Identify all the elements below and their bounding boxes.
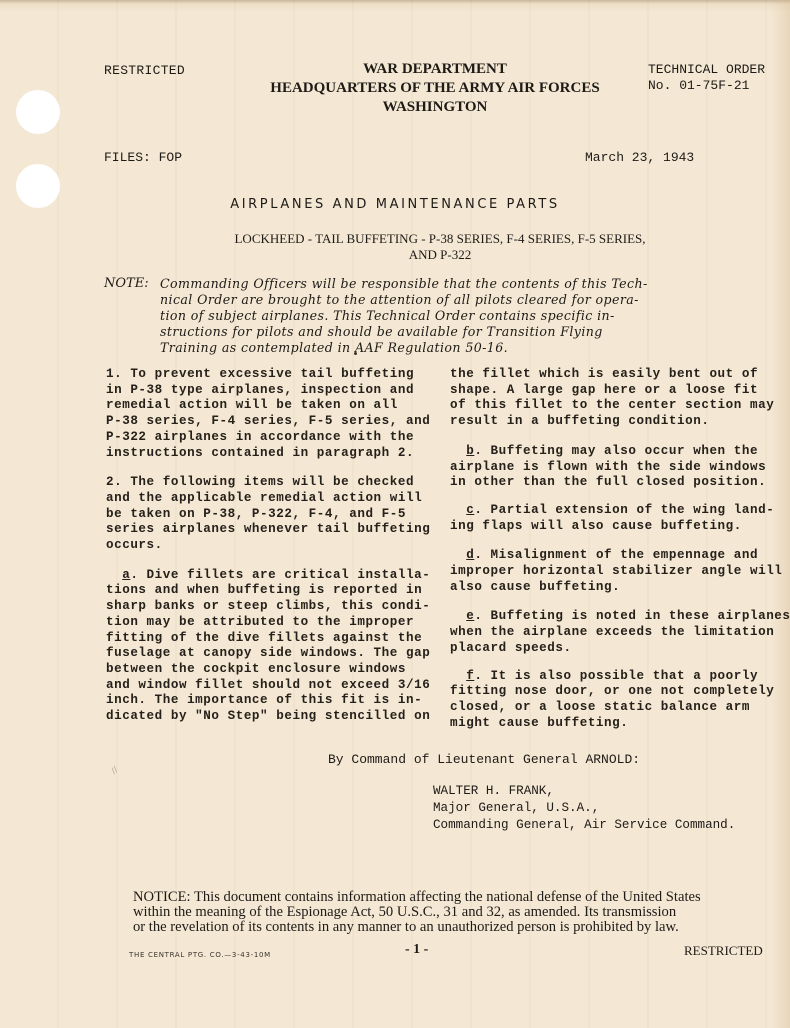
location-title: WASHINGTON [260, 98, 610, 117]
item-a: a. Dive fillets are critical installa- t… [106, 568, 432, 725]
text-line: in other than the full closed position. [450, 475, 780, 491]
note-line: structions for pilots and should be avai… [160, 324, 770, 340]
text-line: inch. The importance of this fit is in- [106, 693, 432, 709]
item-d-first-line: d. Misalignment of the empennage and [450, 548, 780, 564]
text-line: and window fillet should not exceed 3/16 [106, 678, 432, 694]
text-line: 1. To prevent excessive tail buffeting [106, 367, 432, 383]
header-classification: RESTRICTED [104, 63, 185, 78]
notice-line: NOTICE: This document contains informati… [133, 890, 773, 905]
files-reference: FILES: FOP [104, 150, 182, 165]
text-line: . Buffeting is noted in these airplanes [474, 609, 790, 623]
department-title: WAR DEPARTMENT [260, 60, 610, 79]
paragraph-1: 1. To prevent excessive tail buffeting i… [106, 367, 432, 461]
text-line: fitting of the dive fillets against the [106, 631, 432, 647]
signatory-title: Commanding General, Air Service Command. [433, 817, 735, 834]
text-line: sharp banks or steep climbs, this condi- [106, 599, 432, 615]
item-e: e. Buffeting is noted in these airplanes… [450, 609, 780, 656]
note-line: nical Order are brought to the attention… [160, 292, 770, 308]
text-line: might cause buffeting. [450, 716, 780, 732]
notice-line: or the revelation of its contents in any… [133, 920, 773, 935]
text-line: placard speeds. [450, 641, 780, 657]
body-column-left: 1. To prevent excessive tail buffeting i… [106, 367, 432, 725]
separator-dot [354, 352, 357, 355]
text-line: tions and when buffeting is reported in [106, 583, 432, 599]
document-date: March 23, 1943 [585, 150, 694, 165]
text-line: closed, or a loose static balance arm [450, 700, 780, 716]
text-line: in P-38 type airplanes, inspection and [106, 383, 432, 399]
note-line: Commanding Officers will be responsible … [160, 276, 770, 292]
text-line: fuselage at canopy side windows. The gap [106, 646, 432, 662]
subject-line-2: AND P-322 [170, 247, 710, 263]
signatory-rank: Major General, U.S.A., [433, 800, 735, 817]
item-c-first-line: c. Partial extension of the wing land- [450, 503, 780, 519]
text-line: when the airplane exceeds the limitation [450, 625, 780, 641]
item-e-first-line: e. Buffeting is noted in these airplanes [450, 609, 780, 625]
order-type: TECHNICAL ORDER [648, 62, 765, 78]
binder-hole-top [16, 90, 60, 134]
text-line: improper horizontal stabilizer angle wil… [450, 564, 780, 580]
text-line: fitting nose door, or one not completely [450, 684, 780, 700]
signature-block: WALTER H. FRANK, Major General, U.S.A., … [433, 783, 735, 834]
note-label: NOTE: [104, 276, 149, 291]
note-line: Training as contemplated in AAF Regulati… [160, 340, 770, 356]
text-line: 2. The following items will be checked [106, 475, 432, 491]
item-a-continued: the fillet which is easily bent out of s… [450, 367, 780, 430]
text-line: P-322 airplanes in accordance with the [106, 430, 432, 446]
note-line: tion of subject airplanes. This Technica… [160, 308, 770, 324]
text-line: of this fillet to the center section may [450, 398, 780, 414]
text-line: instructions contained in paragraph 2. [106, 446, 432, 462]
headquarters-title: HEADQUARTERS OF THE ARMY AIR FORCES [260, 79, 610, 98]
text-line: ing flaps will also cause buffeting. [450, 519, 780, 535]
header-block: WAR DEPARTMENT HEADQUARTERS OF THE ARMY … [260, 60, 610, 117]
text-line: tion may be attributed to the improper [106, 615, 432, 631]
body-column-right: the fillet which is easily bent out of s… [450, 367, 780, 731]
text-line: . It is also possible that a poorly [474, 669, 758, 683]
printer-imprint: THE CENTRAL PTG. CO.—3-43-10M [129, 951, 271, 959]
text-line: dicated by "No Step" being stencilled on [106, 709, 432, 725]
item-b-first-line: b. Buffeting may also occur when the [450, 444, 780, 460]
order-block: TECHNICAL ORDER No. 01-75F-21 [648, 62, 765, 94]
pencil-mark: // [109, 764, 120, 776]
document-page: RESTRICTED WAR DEPARTMENT HEADQUARTERS O… [0, 0, 790, 1028]
page-number: - 1 - [405, 942, 428, 958]
item-f: f. It is also possible that a poorly fit… [450, 669, 780, 732]
order-number: No. 01-75F-21 [648, 78, 765, 94]
text-line: . Partial extension of the wing land- [474, 503, 774, 517]
text-line: . Misalignment of the empennage and [474, 548, 758, 562]
text-line: occurs. [106, 538, 432, 554]
item-f-first-line: f. It is also possible that a poorly [450, 669, 780, 685]
text-line: . Buffeting may also occur when the [474, 444, 758, 458]
item-a-first-line: a. Dive fillets are critical installa- [106, 568, 432, 584]
notice-line: within the meaning of the Espionage Act,… [133, 905, 773, 920]
item-c: c. Partial extension of the wing land- i… [450, 503, 780, 534]
text-line: shape. A large gap here or a loose fit [450, 383, 780, 399]
subject-heading: LOCKHEED - TAIL BUFFETING - P-38 SERIES,… [170, 231, 710, 263]
section-title: AIRPLANES AND MAINTENANCE PARTS [0, 197, 790, 212]
note-body: Commanding Officers will be responsible … [160, 276, 770, 356]
item-d: d. Misalignment of the empennage and imp… [450, 548, 780, 595]
text-line: P-38 series, F-4 series, F-5 series, and [106, 414, 432, 430]
text-line: series airplanes whenever tail buffeting [106, 522, 432, 538]
text-line: the fillet which is easily bent out of [450, 367, 780, 383]
signatory-name: WALTER H. FRANK, [433, 783, 735, 800]
text-line: and the applicable remedial action will [106, 491, 432, 507]
item-b: b. Buffeting may also occur when the air… [450, 444, 780, 491]
espionage-notice: NOTICE: This document contains informati… [133, 890, 773, 935]
text-line: . Dive fillets are critical installa- [130, 568, 430, 582]
text-line: be taken on P-38, P-322, F-4, and F-5 [106, 507, 432, 523]
subject-line-1: LOCKHEED - TAIL BUFFETING - P-38 SERIES,… [170, 231, 710, 247]
by-command-line: By Command of Lieutenant General ARNOLD: [328, 752, 640, 767]
text-line: result in a buffeting condition. [450, 414, 780, 430]
text-line: also cause buffeting. [450, 580, 780, 596]
text-line: airplane is flown with the side windows [450, 460, 780, 476]
text-line: remedial action will be taken on all [106, 398, 432, 414]
paragraph-2: 2. The following items will be checked a… [106, 475, 432, 554]
footer-classification: RESTRICTED [684, 943, 763, 959]
text-line: between the cockpit enclosure windows [106, 662, 432, 678]
